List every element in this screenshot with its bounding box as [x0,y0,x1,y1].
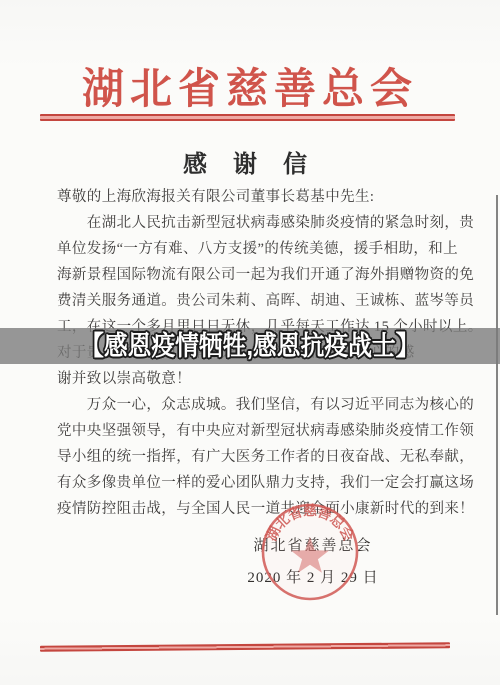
paper-edge-shadow [496,195,498,615]
body-line: 在湖北人民抗击新型冠状病毒感染肺炎疫情的紧急时刻，贵 [57,210,457,236]
body-line: 导小组的统一指挥，有广大医务工作者的日夜奋战、无私奉献， [57,444,457,470]
body-line: 万众一心，众志成城。我们坚信，有以习近平同志为核心的 [57,392,457,418]
body-line: 单位发扬“一方有难、八方支援”的传统美德，援手相助，和上 [57,236,457,262]
letterhead-org-name: 湖北省慈善总会 [0,56,500,116]
body-line: 谢并致以崇高敬意！ [57,366,457,392]
letterhead-divider [40,114,455,121]
letter-photo: 湖北省慈善总会 感 谢 信 尊敬的上海欣海报关有限公司董事长葛基中先生: 在湖北… [0,0,500,685]
watermark-banner: 【感恩疫情牺牲,感恩抗疫战士】 [0,328,500,364]
letter-title: 感 谢 信 [0,144,500,179]
body-line: 费清关服务通道。贵公司朱莉、高晖、胡迪、王诚栋、蓝岑等员 [57,288,457,314]
body-line: 党中央坚强领导，有中央应对新型冠状病毒感染肺炎疫情工作领 [57,418,457,444]
body-line: 有众多像贵单位一样的爱心团队鼎力支持，我们一定会打赢这场 [57,470,457,496]
footer-divider [40,642,450,652]
watermark-banner-text: 【感恩疫情牺牲,感恩抗疫战士】 [80,333,419,360]
official-seal-stamp: 湖北省慈善总会 [257,499,363,605]
body-line: 海新景程国际物流有限公司一起为我们开通了海外捐赠物资的免 [57,262,457,288]
salutation-line: 尊敬的上海欣海报关有限公司董事长葛基中先生: [57,184,457,210]
